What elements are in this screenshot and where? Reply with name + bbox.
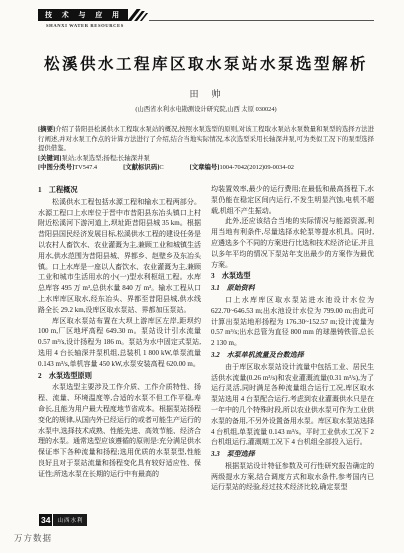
subsection-heading-3-1: 3.1 原始资料 xyxy=(211,283,374,294)
journal-page: 技 术 与 应 用 SHANXI WATER RESOURCES 松溪供水工程库… xyxy=(0,0,404,553)
body-paragraph: 此外,还应该结合当地的实际情况与能源资源,利用当地有利条件,尽量选择水轮泵等提水… xyxy=(211,216,374,270)
article-id-value: 1004-7042(2012)09-0034-02 xyxy=(219,164,294,171)
abstract: [摘要]介绍了昔阳县松溪供水工程取水泵站的概况,按照水泵选型的原则,对该工程取水… xyxy=(38,125,374,154)
page-number: 34 xyxy=(39,514,52,526)
page-footer-badge: 34 山西水利 xyxy=(39,514,87,526)
section-heading-3: 3 水泵选型 xyxy=(211,271,374,282)
body-paragraph: 水泵选型主要涉及工作介质、工作介质特性、扬程、流量、环境温度等,合适的水泵不但工… xyxy=(38,382,201,479)
left-column: 1 工程概况 松溪供水工程包括水源工程和输水工程两部分。水源工程口上水库位于晋中… xyxy=(38,184,201,493)
journal-masthead: 技 术 与 应 用 SHANXI WATER RESOURCES xyxy=(38,9,374,28)
journal-english-name: SHANXI WATER RESOURCES xyxy=(46,23,374,28)
body-columns: 1 工程概况 松溪供水工程包括水源工程和输水工程两部分。水源工程口上水库位于晋中… xyxy=(38,184,374,493)
column-banner-title: 技 术 与 应 用 xyxy=(45,11,123,19)
clc-number: [中图分类号]TV547.4 xyxy=(38,163,97,173)
article-id-label: [文章编号] xyxy=(190,164,220,171)
right-column: 均装置效率,最少的运行费用;在最低和最高扬程下,水泵仍能在稳定区间内运行,不发生… xyxy=(211,184,374,493)
article-meta-block: [摘要]介绍了昔阳县松溪供水工程取水泵站的概况,按照水泵选型的原则,对该工程取水… xyxy=(38,125,374,173)
banner-swoosh-icon xyxy=(130,9,145,21)
document-code-label: [文献标识码] xyxy=(123,164,159,171)
masthead-banner-row: 技 术 与 应 用 xyxy=(38,9,374,21)
journal-name-badge: 山西水利 xyxy=(53,514,87,526)
article-id: [文章编号]1004-7042(2012)09-0034-02 xyxy=(190,163,294,173)
masthead-rule xyxy=(149,20,374,21)
clc-value: TV547.4 xyxy=(74,164,97,171)
body-paragraph: 库区取水泵站布置在大坝上游库区左岸,距坝约 100 m,厂区地坪高程 649.3… xyxy=(38,316,201,370)
wanfang-watermark: 万方数据 xyxy=(14,532,52,544)
classification-row: [中图分类号]TV547.4 [文献标识码]C [文章编号]1004-7042(… xyxy=(38,163,374,173)
body-paragraph: 根据泵站设计特征参数及可行性研究报告确定的两级提水方案,结合调度方式和取水条件,… xyxy=(211,461,374,493)
subsection-heading-3-2: 3.2 水泵单机流量及台数选择 xyxy=(211,350,374,361)
keywords: [关键词]泵站;水泵选型;扬程;长轴深井泵 xyxy=(38,154,374,164)
body-paragraph: 均装置效率,最少的运行费用;在最低和最高扬程下,水泵仍能在稳定区间内运行,不发生… xyxy=(211,184,374,216)
document-code-value: C xyxy=(159,164,163,171)
article-author: 田 帅 xyxy=(38,87,374,100)
document-code: [文献标识码]C xyxy=(123,163,163,173)
subsection-heading-3-3: 3.3 泵型选择 xyxy=(211,449,374,460)
clc-label: [中图分类号] xyxy=(38,164,74,171)
abstract-label: [摘要] xyxy=(38,126,55,133)
keywords-label: [关键词] xyxy=(38,155,61,162)
body-paragraph: 由于库区取水泵站设计流量中包括工业、居民生活供水流量(0.26 m³/s)和农业… xyxy=(211,362,374,448)
article-title: 松溪供水工程库区取水泵站水泵选型解析 xyxy=(38,52,374,74)
body-paragraph: 松溪供水工程包括水源工程和输水工程两部分。水源工程口上水库位于晋中市昔阳县东冶头… xyxy=(38,197,201,316)
column-banner: 技 术 与 应 用 xyxy=(38,9,128,21)
section-heading-1: 1 工程概况 xyxy=(38,185,201,196)
body-paragraph: 口上水库库区取水泵站进水池设计水位为 622.70~646.53 m;出水池设计… xyxy=(211,295,374,349)
author-affiliation: (山西省水利水电勘测设计研究院,山西 太原 030024) xyxy=(38,104,374,113)
section-heading-2: 2 水泵选型原则 xyxy=(38,371,201,382)
keywords-text: 泵站;水泵选型;扬程;长轴深井泵 xyxy=(61,155,149,162)
abstract-text: 介绍了昔阳县松溪供水工程取水泵站的概况,按照水泵选型的原则,对该工程取水泵站水泵… xyxy=(38,126,374,152)
